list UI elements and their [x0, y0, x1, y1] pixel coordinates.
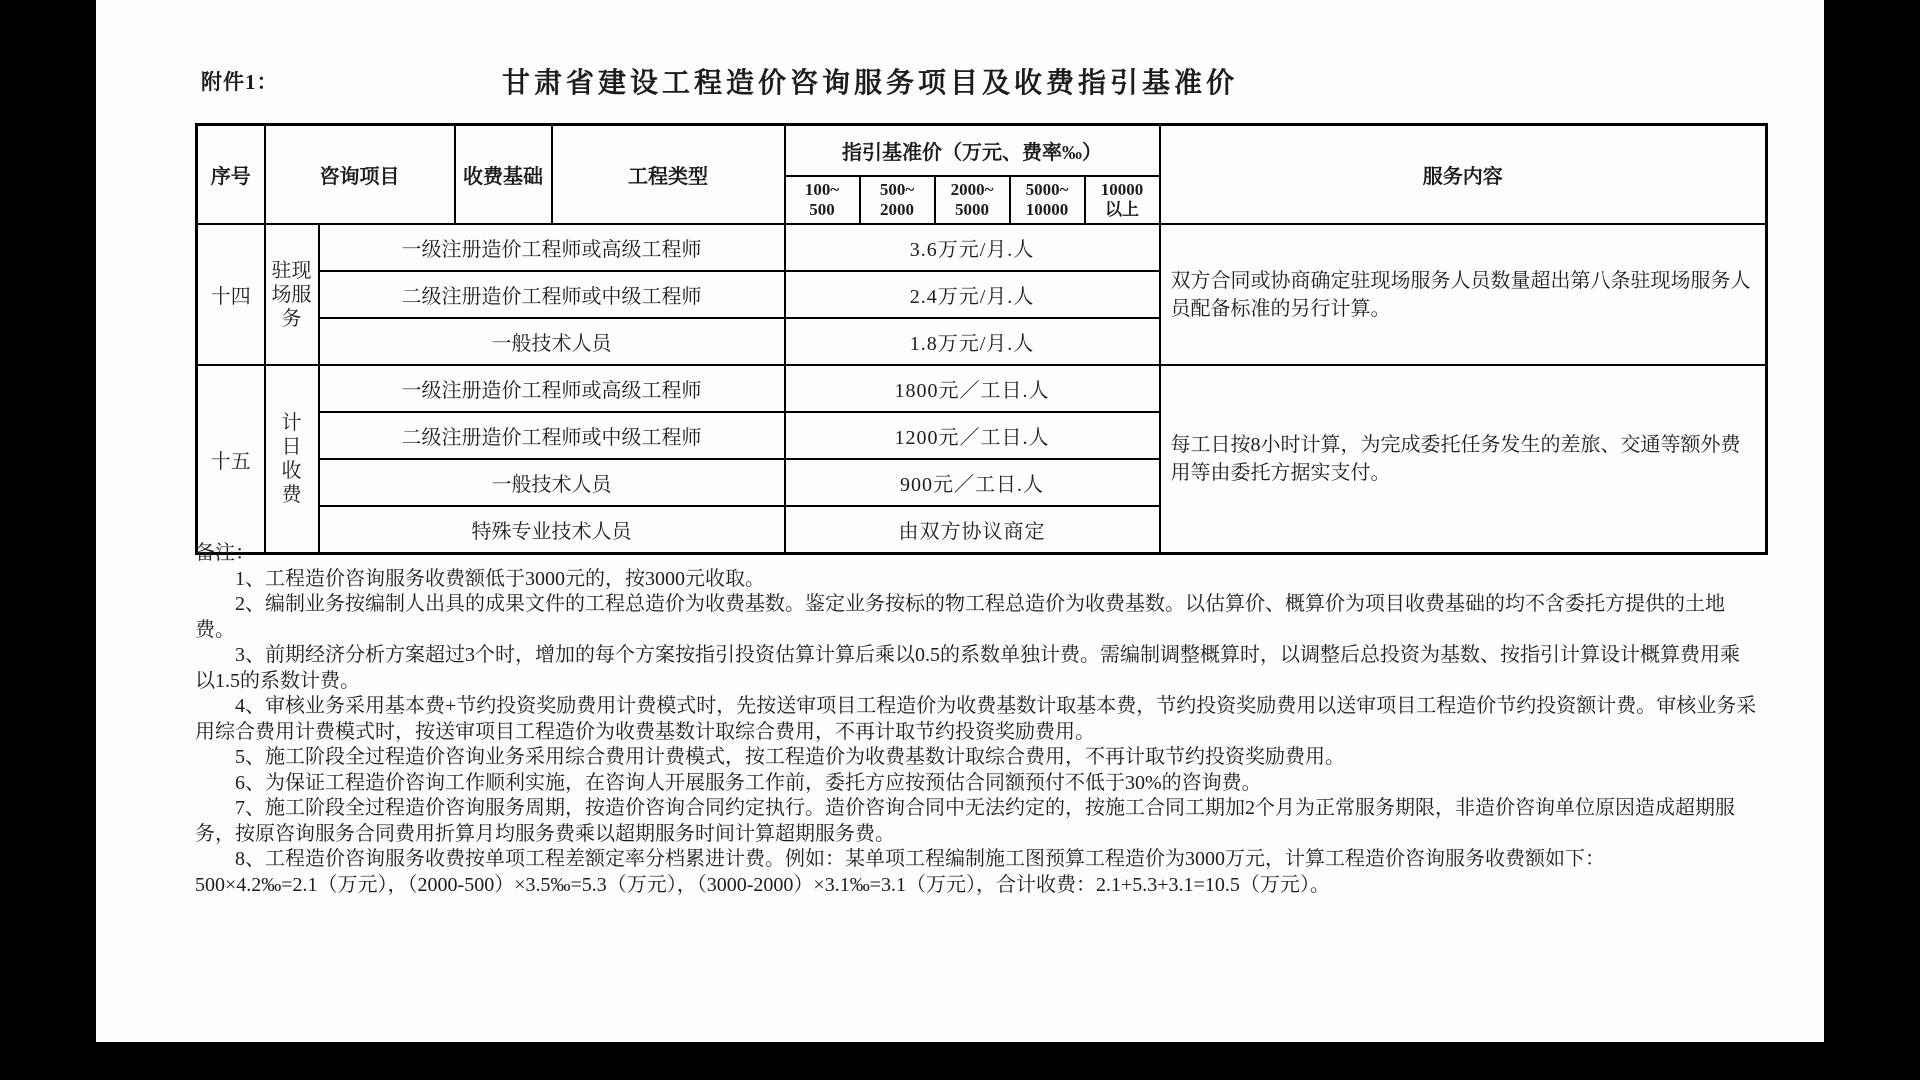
notes-section: 备注： 1、工程造价咨询服务收费额低于3000元的，按3000元收取。 2、编制…: [195, 541, 1759, 898]
header-xuhao: 序号: [197, 125, 265, 225]
price-bracket-3: 2000~ 5000: [935, 176, 1010, 224]
note-item: 7、施工阶段全过程造价咨询服务周期，按造价咨询合同约定执行。造价咨询合同中无法约…: [195, 796, 1759, 847]
header-service: 服务内容: [1160, 125, 1767, 225]
row-label-cell: 一级注册造价工程师或高级工程师: [319, 365, 785, 412]
table-row: 十四 驻现场服务 一级注册造价工程师或高级工程师 3.6万元/月.人 双方合同或…: [197, 224, 1767, 271]
price-cell: 3.6万元/月.人: [785, 224, 1160, 271]
note-item: 8、工程造价咨询服务收费按单项工程差额定率分档累进计费。例如：某单项工程编制施工…: [195, 847, 1759, 873]
notes-title: 备注：: [195, 541, 1759, 567]
attachment-label: 附件1：: [201, 66, 279, 96]
row-label-cell: 二级注册造价工程师或中级工程师: [319, 271, 785, 318]
service-content-cell: 每工日按8小时计算，为完成委托任务发生的差旅、交通等额外费用等由委托方据实支付。: [1160, 365, 1767, 554]
price-cell: 1200元／工日.人: [785, 412, 1160, 459]
note-item: 1、工程造价咨询服务收费额低于3000元的，按3000元收取。: [195, 567, 1759, 593]
section-number: 十四: [197, 224, 265, 365]
row-label-cell: 一般技术人员: [319, 318, 785, 365]
header-price-group: 指引基准价（万元、费率‰）: [785, 125, 1160, 177]
document-title: 甘肃省建设工程造价咨询服务项目及收费指引基准价: [502, 61, 1238, 101]
note-item: 3、前期经济分析方案超过3个时，增加的每个方案按指引投资估算计算后乘以0.5的系…: [195, 643, 1759, 694]
note-item: 4、审核业务采用基本费+节约投资奖励费用计费模式时，先按送审项目工程造价为收费基…: [195, 694, 1759, 745]
price-cell: 900元／工日.人: [785, 459, 1160, 506]
price-bracket-2: 500~ 2000: [860, 176, 935, 224]
note-item: 500×4.2‰=2.1（万元），（2000-500）×3.5‰=5.3（万元）…: [195, 873, 1759, 899]
price-bracket-1: 100~ 500: [785, 176, 860, 224]
document-page: 附件1： 甘肃省建设工程造价咨询服务项目及收费指引基准价 序号 咨询项目 收费基…: [96, 0, 1824, 1042]
service-content-cell: 双方合同或协商确定驻现场服务人员数量超出第八条驻现场服务人员配备标准的另行计算。: [1160, 224, 1767, 365]
section-number: 十五: [197, 365, 265, 554]
table-row: 十五 计日收费 一级注册造价工程师或高级工程师 1800元／工日.人 每工日按8…: [197, 365, 1767, 412]
row-label-cell: 一级注册造价工程师或高级工程师: [319, 224, 785, 271]
screen: { "page": { "attachment_label": "附件1：", …: [0, 0, 1920, 1080]
price-bracket-5: 10000 以上: [1085, 176, 1160, 224]
price-cell: 2.4万元/月.人: [785, 271, 1160, 318]
header-project-type: 工程类型: [552, 125, 785, 225]
price-bracket-4: 5000~ 10000: [1010, 176, 1085, 224]
row-label-cell: 二级注册造价工程师或中级工程师: [319, 412, 785, 459]
price-cell: 1800元／工日.人: [785, 365, 1160, 412]
header-fee-basis: 收费基础: [455, 125, 552, 225]
price-cell: 1.8万元/月.人: [785, 318, 1160, 365]
note-item: 6、为保证工程造价咨询工作顺利实施，在咨询人开展服务工作前，委托方应按预估合同额…: [195, 771, 1759, 797]
note-item: 2、编制业务按编制人出具的成果文件的工程总造价为收费基数。鉴定业务按标的物工程总…: [195, 592, 1759, 643]
header-project: 咨询项目: [265, 125, 455, 225]
note-item: 5、施工阶段全过程造价咨询业务采用综合费用计费模式，按工程造价为收费基数计取综合…: [195, 745, 1759, 771]
row-label-cell: 一般技术人员: [319, 459, 785, 506]
fee-table: 序号 咨询项目 收费基础 工程类型 指引基准价（万元、费率‰） 服务内容 100…: [195, 123, 1768, 555]
section-category: 驻现场服务: [265, 224, 319, 365]
table-header-row-1: 序号 咨询项目 收费基础 工程类型 指引基准价（万元、费率‰） 服务内容: [197, 125, 1767, 177]
section-category: 计日收费: [265, 365, 319, 554]
